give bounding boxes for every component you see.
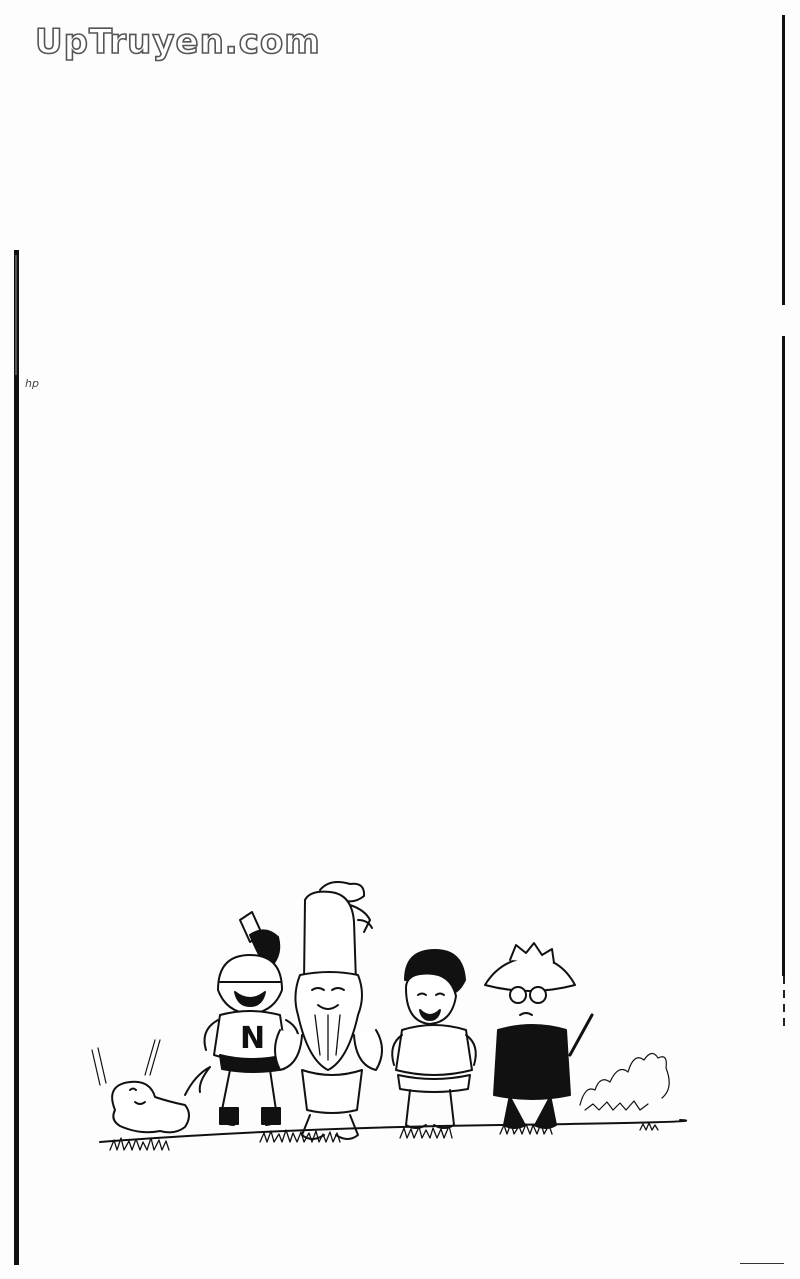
manga-page: UpTruyen.com hp xyxy=(0,0,800,1279)
old-master-figure xyxy=(275,882,382,1139)
margin-note: hp xyxy=(25,377,39,390)
straw-hat-figure xyxy=(485,943,592,1128)
page-border-left-fade xyxy=(15,255,17,375)
watermark-logo: UpTruyen.com xyxy=(35,22,321,62)
page-border-right-upper xyxy=(782,15,785,305)
page-border-right-lower xyxy=(782,336,785,976)
walking-group-illustration: N xyxy=(80,880,700,1180)
helmet-boy-figure: N xyxy=(205,912,299,1125)
black-haired-boy-figure xyxy=(392,950,476,1128)
dog-figure xyxy=(92,1040,210,1132)
page-border-bottom xyxy=(740,1263,784,1264)
svg-text:N: N xyxy=(240,1021,265,1056)
page-border-left xyxy=(14,250,19,1265)
page-border-right-dashed xyxy=(783,976,785,1026)
